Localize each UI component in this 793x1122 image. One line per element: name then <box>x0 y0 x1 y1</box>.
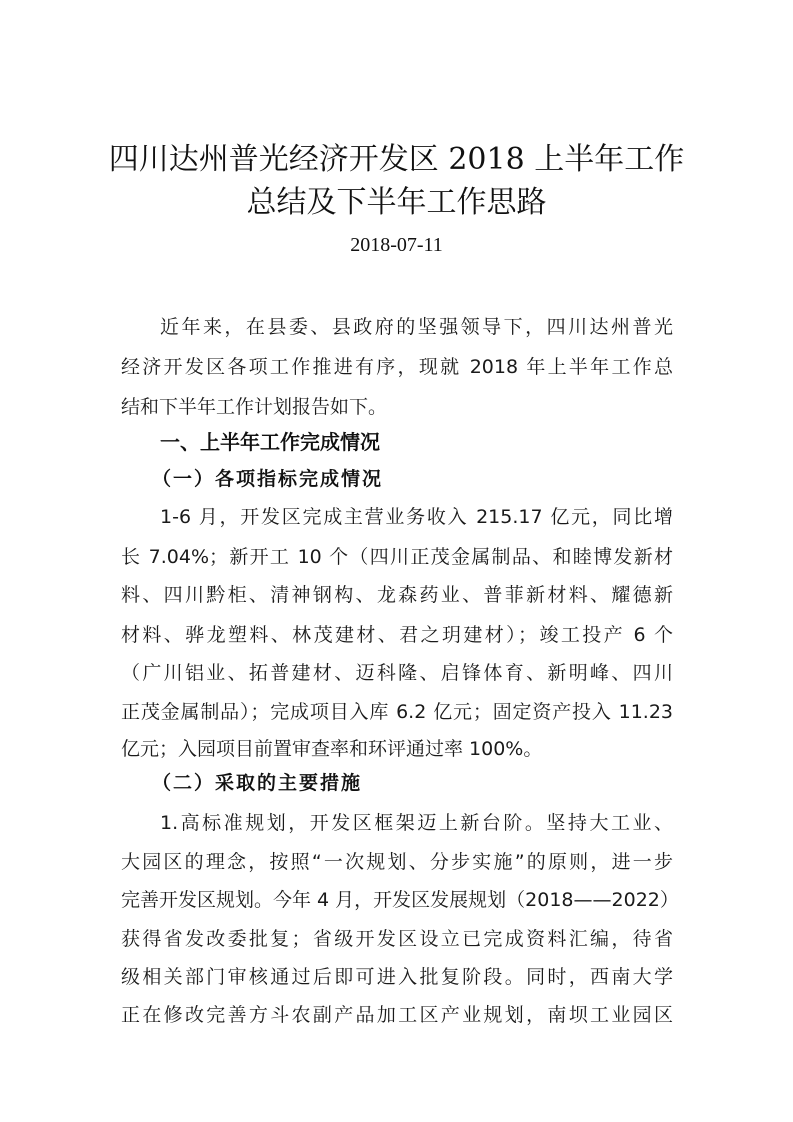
measures-paragraph-line: 正在修改完善方斗农副产品加工区产业规划，南坝工业园区 <box>121 1000 673 1030</box>
indicators-paragraph-line: 长 7.04%；新开工 10 个（四川正茂金属制品、和睦博发新材 <box>121 542 673 572</box>
document-date: 2018-07-11 <box>0 232 793 258</box>
indicators-paragraph-line: 料、四川黔柜、清神钢构、龙森药业、普菲新材料、耀德新 <box>121 580 673 610</box>
intro-paragraph-line: 近年来，在县委、县政府的坚强领导下，四川达州普光 <box>160 312 673 342</box>
indicators-paragraph-line: 亿元；入园项目前置审查率和环评通过率 100%。 <box>121 734 673 764</box>
indicators-paragraph-line: 正茂金属制品）；完成项目入库 6.2 亿元；固定资产投入 11.23 <box>121 697 673 727</box>
document-title-line-2: 总结及下半年工作思路 <box>0 183 793 223</box>
measures-paragraph-line: 获得省发改委批复；省级开发区设立已完成资料汇编，待省 <box>121 924 673 954</box>
measures-paragraph-line: 完善开发区规划。今年 4 月，开发区发展规划（2018——2022） <box>121 885 673 915</box>
intro-paragraph-line: 结和下半年工作计划报告如下。 <box>121 392 673 422</box>
measures-paragraph-line: 1.高标准规划，开发区框架迈上新台阶。坚持大工业、 <box>160 808 673 838</box>
subsection-heading: （二）采取的主要措施 <box>152 768 362 798</box>
subsection-heading: （一）各项指标完成情况 <box>152 464 383 494</box>
measures-paragraph-line: 级相关部门审核通过后即可进入批复阶段。同时，西南大学 <box>121 962 673 992</box>
intro-paragraph-line: 经济开发区各项工作推进有序，现就 2018 年上半年工作总 <box>121 352 673 382</box>
indicators-paragraph-line: 1-6 月，开发区完成主营业务收入 215.17 亿元，同比增 <box>160 502 673 532</box>
section-heading: 一、上半年工作完成情况 <box>160 427 380 457</box>
indicators-paragraph-line: 材料、骅龙塑料、林茂建材、君之玥建材）；竣工投产 6 个 <box>121 620 673 650</box>
measures-paragraph-line: 大园区的理念，按照“一次规划、分步实施”的原则，进一步 <box>121 847 673 877</box>
indicators-paragraph-line: （广川铝业、拓普建材、迈科隆、启锋体育、新明峰、四川 <box>121 658 673 688</box>
document-title-line-1: 四川达州普光经济开发区 2018 上半年工作 <box>0 140 793 180</box>
document-page: 四川达州普光经济开发区 2018 上半年工作 总结及下半年工作思路 2018-0… <box>0 0 793 1122</box>
